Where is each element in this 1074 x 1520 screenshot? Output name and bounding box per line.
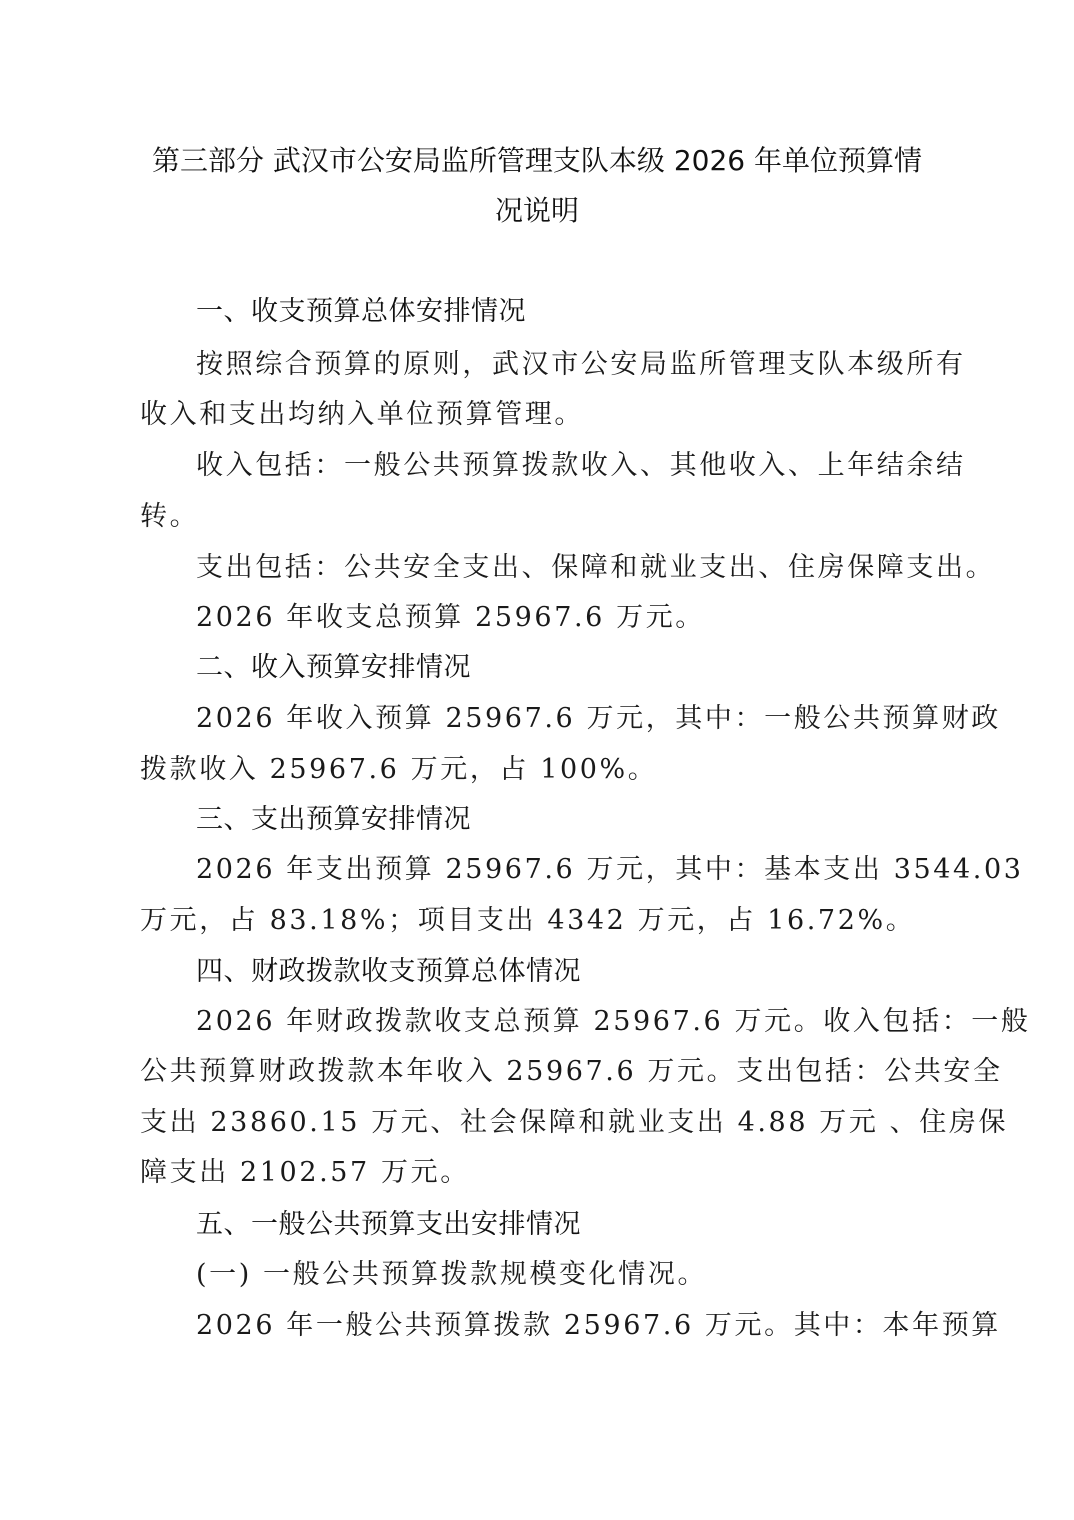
subsection-heading: (一) 一般公共预算拨款规模变化情况。 <box>196 1255 996 1295</box>
section-1-heading: 一、收支预算总体安排情况 <box>196 292 996 332</box>
document-title: 第三部分 武汉市公安局监所管理支队本级 2026 年单位预算情 况说明 <box>140 136 934 236</box>
paragraph-line: 2026 年一般公共预算拨款 25967.6 万元。其中：本年预算 <box>196 1306 996 1346</box>
paragraph-line: 支出包括：公共安全支出、保障和就业支出、住房保障支出。 <box>196 548 996 588</box>
paragraph-line: 2026 年收支总预算 25967.6 万元。 <box>196 598 996 638</box>
paragraph-line: 公共预算财政拨款本年收入 25967.6 万元。支出包括：公共安全 <box>140 1052 940 1092</box>
title-line-2: 况说明 <box>140 186 934 236</box>
section-5-heading: 五、一般公共预算支出安排情况 <box>196 1205 996 1245</box>
paragraph-line: 收入和支出均纳入单位预算管理。 <box>140 395 940 435</box>
paragraph-line: 2026 年支出预算 25967.6 万元，其中：基本支出 3544.03 <box>196 850 996 890</box>
paragraph-line: 障支出 2102.57 万元。 <box>140 1153 940 1193</box>
paragraph-line: 万元，占 83.18%；项目支出 4342 万元，占 16.72%。 <box>140 901 940 941</box>
paragraph-line: 支出 23860.15 万元、社会保障和就业支出 4.88 万元 、住房保 <box>140 1103 940 1143</box>
paragraph-line: 收入包括：一般公共预算拨款收入、其他收入、上年结余结 <box>196 446 996 486</box>
section-3-heading: 三、支出预算安排情况 <box>196 800 996 840</box>
paragraph-line: 按照综合预算的原则，武汉市公安局监所管理支队本级所有 <box>196 345 996 385</box>
paragraph-line: 转。 <box>140 497 940 537</box>
paragraph-line: 2026 年财政拨款收支总预算 25967.6 万元。收入包括：一般 <box>196 1002 996 1042</box>
document-page: 第三部分 武汉市公安局监所管理支队本级 2026 年单位预算情 况说明 一、收支… <box>0 0 1074 1520</box>
section-2-heading: 二、收入预算安排情况 <box>196 648 996 688</box>
title-line-1: 第三部分 武汉市公安局监所管理支队本级 2026 年单位预算情 <box>140 136 934 186</box>
paragraph-line: 拨款收入 25967.6 万元，占 100%。 <box>140 750 940 790</box>
paragraph-line: 2026 年收入预算 25967.6 万元，其中：一般公共预算财政 <box>196 699 996 739</box>
section-4-heading: 四、财政拨款收支预算总体情况 <box>196 952 996 992</box>
